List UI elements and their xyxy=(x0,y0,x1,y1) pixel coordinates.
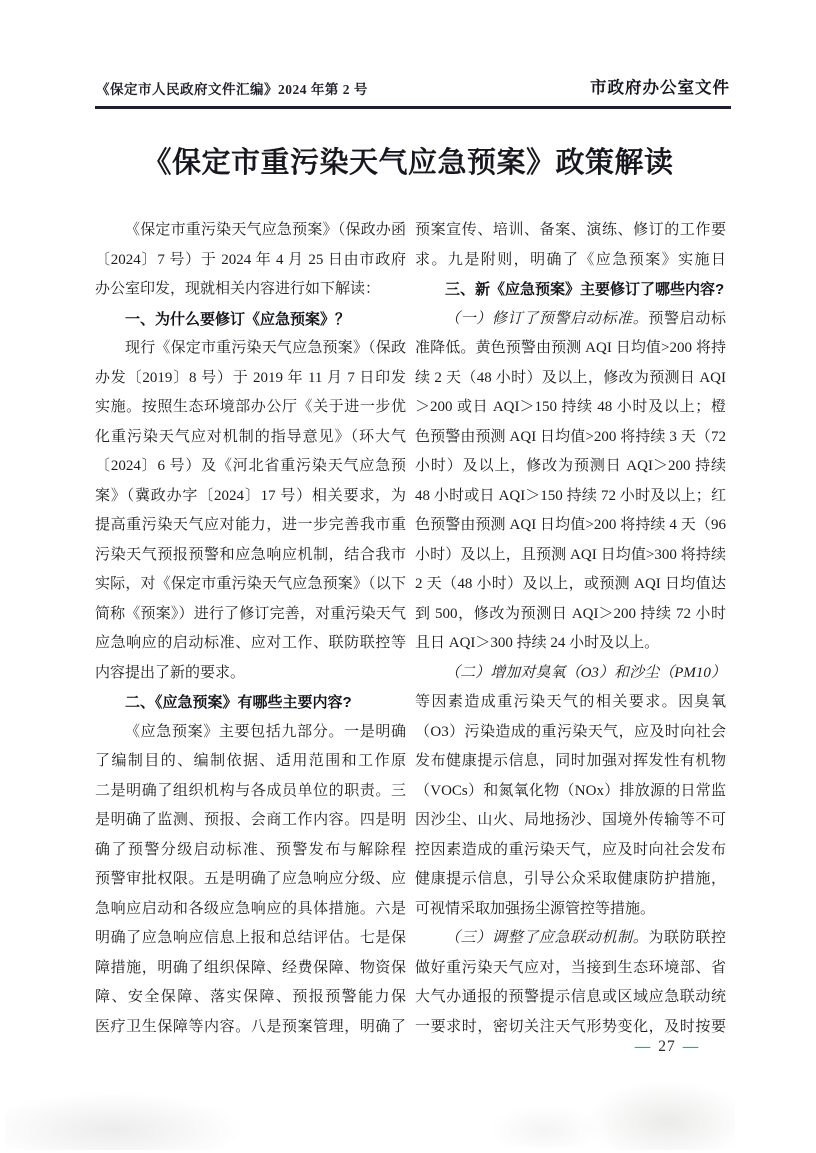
text-line: 现行《保定市重污染天气应急预案》（保政 xyxy=(95,334,406,364)
text-line: 污染天气预报预警和应急响应机制，结合我市 xyxy=(95,541,406,571)
header-divider xyxy=(95,106,731,109)
text-line: 2 天（48 小时）及以上，或预测 AQI 日均值达 xyxy=(415,570,726,600)
text-line: 急响应启动和各级应急响应的具体措施。六是 xyxy=(95,895,406,925)
text-line: 《保定市重污染天气应急预案》（保政办函 xyxy=(95,216,406,246)
text-line: 内容提出了新的要求。 xyxy=(95,659,406,689)
text-line: 化重污染天气应对机制的指导意见》（环大气 xyxy=(95,423,406,453)
scan-artifact xyxy=(490,1105,600,1147)
section-heading: 一、为什么要修订《应急预案》？ xyxy=(95,305,406,335)
kaiti-run: （三）调整了应急联动机制。 xyxy=(445,930,648,946)
text-line: 可视情采取加强扬尘源管控等措施。 xyxy=(415,895,726,925)
text-line: 障、安全保障、落实保障、预报预警能力保障、 xyxy=(95,983,406,1013)
text-line: 〔2024〕6 号）及《河北省重污染天气应急预 xyxy=(95,452,406,482)
text-line: 健康提示信息，引导公众采取健康防护措施， xyxy=(415,865,726,895)
kaiti-run: （二）增加对臭氧（O3）和沙尘（PM10） xyxy=(445,665,726,681)
text-line: 小时）及以上，修改为预测日 AQI＞200 持续 xyxy=(415,452,726,482)
text-line: 预警审批权限。五是明确了应急响应分级、应 xyxy=(95,865,406,895)
page-number-dash-left: — xyxy=(635,1038,652,1055)
text-line: 因沙尘、山火、局地扬沙、国境外传输等不可 xyxy=(415,806,726,836)
text-line: 做好重污染天气应对，当接到生态环境部、省 xyxy=(415,954,726,984)
text-line: 等因素造成重污染天气的相关要求。因臭氧 xyxy=(415,688,726,718)
text-line: 控因素造成的重污染天气，应及时向社会发布 xyxy=(415,836,726,866)
section-heading: 二、《应急预案》有哪些主要内容? xyxy=(95,688,406,718)
text-line: 续 2 天（48 小时）及以上，修改为预测日 AQI xyxy=(415,364,726,394)
scan-artifact xyxy=(585,1080,735,1150)
text-line: 案》（冀政办字〔2024〕17 号）相关要求，为 xyxy=(95,482,406,512)
text-line: 求。九是附则，明确了《应急预案》实施日期。 xyxy=(415,246,726,276)
text-line: 二是明确了组织机构与各成员单位的职责。三 xyxy=(95,777,406,807)
text-line: 小时）及以上，且预测 AQI 日均值>300 将持续 xyxy=(415,541,726,571)
text-line: 确了预警分级启动标准、预警发布与解除程序、 xyxy=(95,836,406,866)
text-line: 大气办通报的预警提示信息或区域应急联动统 xyxy=(415,983,726,1013)
text-line: 障措施，明确了组织保障、经费保障、物资保 xyxy=(95,954,406,984)
text-line: 是明确了监测、预报、会商工作内容。四是明 xyxy=(95,806,406,836)
text-line: （三）调整了应急联动机制。为联防联控 xyxy=(415,924,726,954)
text-line: （二）增加对臭氧（O3）和沙尘（PM10） xyxy=(415,659,726,689)
text-line: 明确了应急响应信息上报和总结评估。七是保 xyxy=(95,924,406,954)
page-number-dash-right: — xyxy=(683,1038,700,1055)
text-column-left: 《保定市重污染天气应急预案》（保政办函〔2024〕7 号）于 2024 年 4 … xyxy=(95,216,406,1042)
scan-artifact xyxy=(5,1092,245,1150)
text-line: 准降低。黄色预警由预测 AQI 日均值>200 将持 xyxy=(415,334,726,364)
text-line: （VOCs）和氮氧化物（NOx）排放源的日常监管； xyxy=(415,777,726,807)
text-line: 应急响应的启动标准、应对工作、联防联控等 xyxy=(95,629,406,659)
text-line: 色预警由预测 AQI 日均值>200 将持续 3 天（72 xyxy=(415,423,726,453)
kaiti-run: （一）修订了预警启动标准。 xyxy=(445,311,648,327)
text-line: 发布健康提示信息，同时加强对挥发性有机物 xyxy=(415,747,726,777)
text-line: ＞200 或日 AQI＞150 持续 48 小时及以上；橙 xyxy=(415,393,726,423)
header-document-type-label: 市政府办公室文件 xyxy=(590,74,730,98)
text-line: （一）修订了预警启动标准。预警启动标 xyxy=(415,305,726,335)
text-line: 〔2024〕7 号）于 2024 年 4 月 25 日由市政府 xyxy=(95,246,406,276)
text-line: 提高重污染天气应对能力，进一步完善我市重 xyxy=(95,511,406,541)
text-column-right: 预案宣传、培训、备案、演练、修订的工作要求。九是附则，明确了《应急预案》实施日期… xyxy=(415,216,726,1042)
text-line: 且日 AQI＞300 持续 24 小时及以上。 xyxy=(415,629,726,659)
text-line: 色预警由预测 AQI 日均值>200 将持续 4 天（96 xyxy=(415,511,726,541)
page-title: 《保定市重污染天气应急预案》政策解读 xyxy=(0,140,816,181)
text-line: 了编制目的、编制依据、适用范围和工作原则。 xyxy=(95,747,406,777)
text-line: 《应急预案》主要包括九部分。一是明确 xyxy=(95,718,406,748)
header-compilation-label: 《保定市人民政府文件汇编》2024 年第 2 号 xyxy=(96,78,368,98)
text-line: 预案宣传、培训、备案、演练、修订的工作要 xyxy=(415,216,726,246)
page-number: —27— xyxy=(622,1038,712,1056)
text-line: 办发〔2019〕8 号）于 2019 年 11 月 7 日印发 xyxy=(95,364,406,394)
text-line: 办公室印发，现就相关内容进行如下解读： xyxy=(95,275,406,305)
text-line: 实际，对《保定市重污染天气应急预案》（以下 xyxy=(95,570,406,600)
text-line: 实施。按照生态环境部办公厅《关于进一步优 xyxy=(95,393,406,423)
page-number-value: 27 xyxy=(651,1038,683,1055)
text-line: 简称《预案》）进行了修订完善，对重污染天气 xyxy=(95,600,406,630)
text-line: （O3）污染造成的重污染天气，应及时向社会 xyxy=(415,718,726,748)
document-page: 《保定市人民政府文件汇编》2024 年第 2 号 市政府办公室文件 《保定市重污… xyxy=(0,0,816,1153)
text-line: 到 500，修改为预测日 AQI＞200 持续 72 小时 xyxy=(415,600,726,630)
section-heading: 三、新《应急预案》主要修订了哪些内容? xyxy=(415,275,726,305)
text-line: 医疗卫生保障等内容。八是预案管理，明确了 xyxy=(95,1013,406,1043)
text-line: 48 小时或日 AQI＞150 持续 72 小时及以上；红 xyxy=(415,482,726,512)
